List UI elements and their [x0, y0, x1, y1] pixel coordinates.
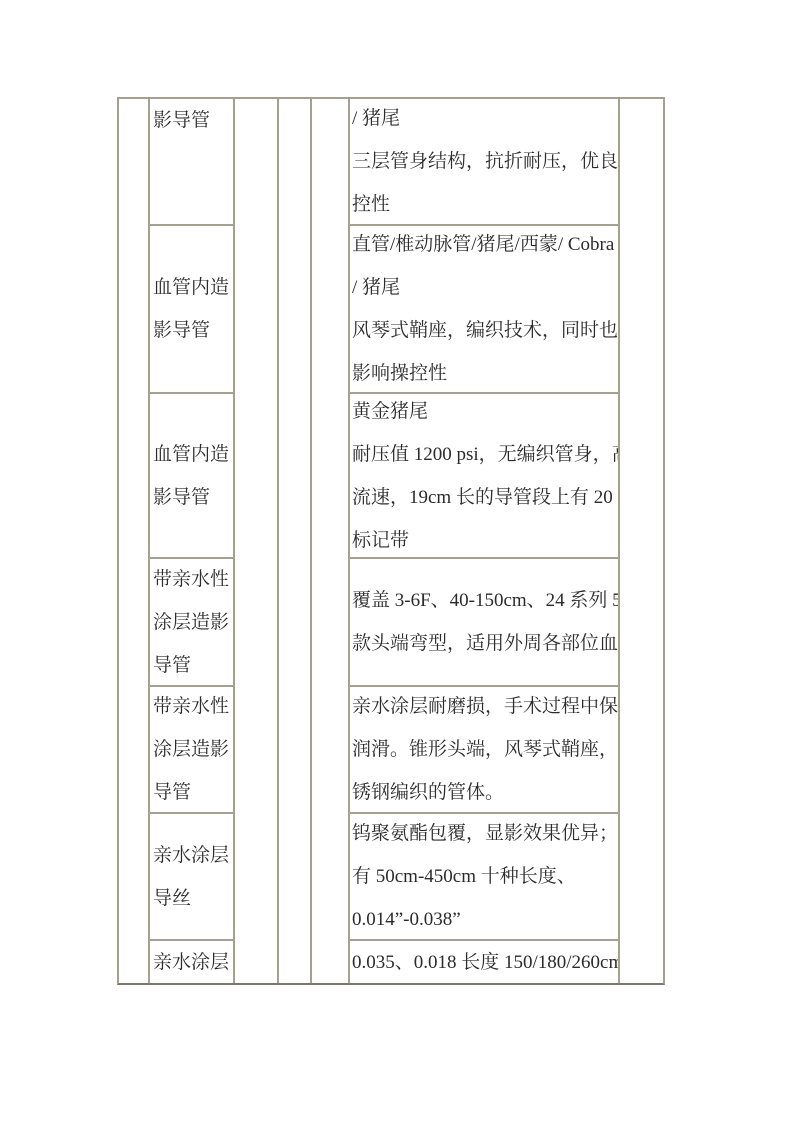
cell-text-line: 有 50cm-450cm 十种长度、 [352, 855, 618, 898]
product-description-cell: 0.035、0.018 长度 150/180/260cm [350, 941, 620, 983]
cell-text-line: 0.014”-0.038” [352, 898, 618, 941]
cell-text-line: 流速，19cm 长的导管段上有 20 个 [352, 476, 618, 519]
cell-text-line: 亲水涂层耐磨损，手术过程中保持 [352, 687, 618, 728]
cell-text-line: 黄金猪尾 [352, 394, 618, 433]
product-name-cell: 血管内造 影导管 [150, 394, 235, 559]
cell-text-line: 影响操控性 [352, 352, 618, 394]
cell-text-line: 血管内造 [153, 266, 233, 309]
cell-text-line: / 猪尾 [352, 99, 618, 140]
cell-text-line: 覆盖 3-6F、40-150cm、24 系列 56 [352, 579, 618, 622]
cell-text-line: 款头端弯型，适用外周各部位血管 [352, 622, 618, 665]
product-name-cell: 血管内造 影导管 [150, 226, 235, 394]
empty-column-5-cell [312, 99, 350, 983]
product-name-cell: 亲水涂层 导丝 [150, 814, 235, 941]
empty-column-7-cell [620, 99, 663, 983]
cell-text-line: 影导管 [153, 99, 233, 142]
cell-text-line: 导丝 [153, 877, 233, 920]
cell-text-line: 0.035、0.018 长度 150/180/260cm [352, 941, 618, 983]
cell-text-line: 风琴式鞘座，编织技术，同时也不 [352, 309, 618, 352]
empty-column-1-cell [119, 99, 150, 983]
empty-column-3-cell [235, 99, 279, 983]
cell-text-line: 钨聚氨酯包覆，显影效果优异；含 [352, 814, 618, 855]
product-name-cell: 带亲水性 涂层造影 导管 [150, 559, 235, 687]
cell-text-line: 耐压值 1200 psi，无编织管身，高 [352, 433, 618, 476]
product-name-cell: 带亲水性 涂层造影 导管 [150, 687, 235, 814]
cell-text-line: 涂层造影 [153, 728, 233, 771]
cell-text-line: 带亲水性 [153, 559, 233, 601]
product-description-cell: 钨聚氨酯包覆，显影效果优异；含 有 50cm-450cm 十种长度、 0.014… [350, 814, 620, 941]
product-name-cell: 亲水涂层 [150, 941, 235, 983]
product-description-cell: 直管/椎动脉管/猪尾/西蒙/ Cobra / 猪尾 风琴式鞘座，编织技术，同时也… [350, 226, 620, 394]
cell-text-line: 直管/椎动脉管/猪尾/西蒙/ Cobra [352, 226, 618, 266]
cell-text-line: 导管 [153, 644, 233, 687]
product-description-cell: / 猪尾 三层管身结构，抗折耐压，优良操 控性 [350, 99, 620, 226]
cell-text-line: 影导管 [153, 476, 233, 519]
cell-text-line: 导管 [153, 771, 233, 814]
cell-text-line: 控性 [352, 183, 618, 226]
cell-text-line: 影导管 [153, 309, 233, 352]
product-description-cell: 黄金猪尾 耐压值 1200 psi，无编织管身，高 流速，19cm 长的导管段上… [350, 394, 620, 559]
product-description-cell: 亲水涂层耐磨损，手术过程中保持 润滑。锥形头端，风琴式鞘座，不 锈钢编织的管体。 [350, 687, 620, 814]
empty-column-4-cell [279, 99, 312, 983]
product-description-cell: 覆盖 3-6F、40-150cm、24 系列 56 款头端弯型，适用外周各部位血… [350, 559, 620, 687]
cell-text-line: 三层管身结构，抗折耐压，优良操 [352, 140, 618, 183]
product-name-cell: 影导管 [150, 99, 235, 226]
product-specification-table: 影导管 血管内造 影导管 血管内造 影导管 带亲水性 涂层造影 导管 带亲水性 … [117, 97, 665, 985]
cell-text-line: 亲水涂层 [153, 834, 233, 877]
cell-text-line: 带亲水性 [153, 687, 233, 728]
cell-text-line: 血管内造 [153, 433, 233, 476]
cell-text-line: 润滑。锥形头端，风琴式鞘座，不 [352, 728, 618, 771]
cell-text-line: 标记带 [352, 519, 618, 560]
cell-text-line: / 猪尾 [352, 266, 618, 309]
cell-text-line: 锈钢编织的管体。 [352, 771, 618, 814]
cell-text-line: 亲水涂层 [153, 941, 233, 983]
cell-text-line: 涂层造影 [153, 601, 233, 644]
